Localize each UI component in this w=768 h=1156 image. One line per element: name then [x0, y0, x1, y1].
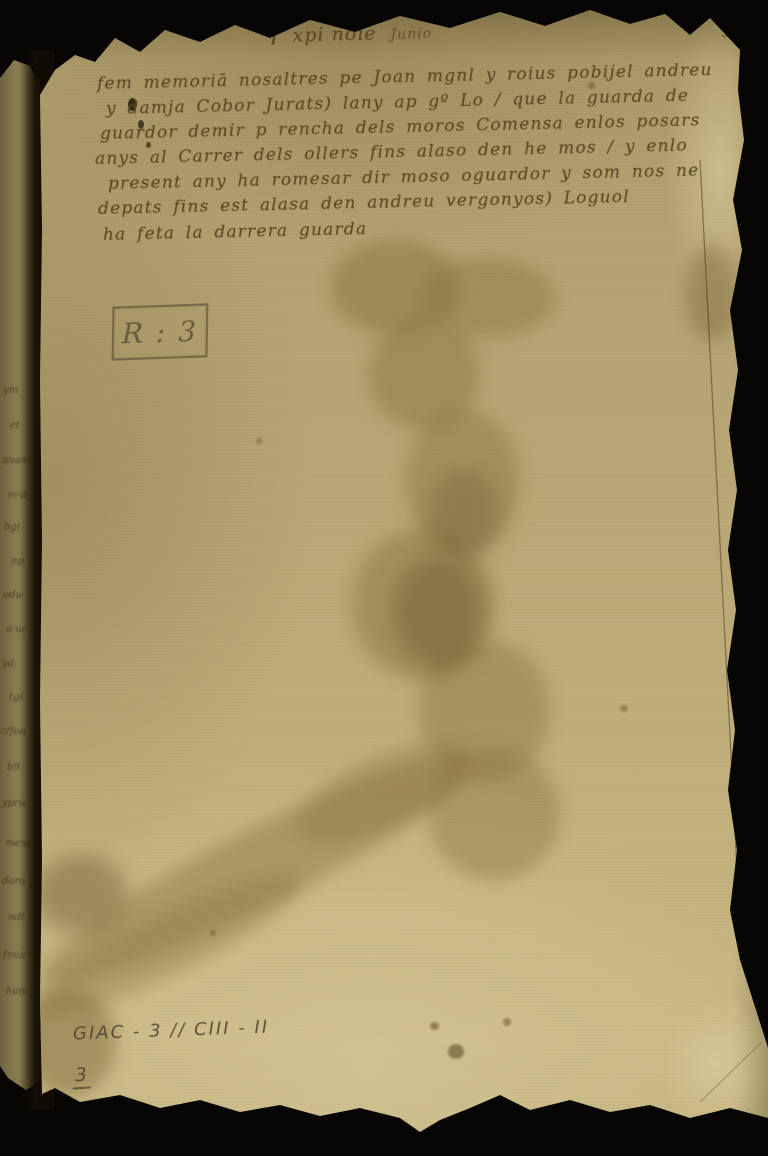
- manuscript-line: ha feta la darrera guarda: [103, 219, 368, 245]
- register-number-label: R : 3: [122, 314, 199, 350]
- foxing-spot: [430, 1022, 439, 1030]
- register-number-box: R : 3: [112, 303, 209, 360]
- adjacent-text-fragment: ym: [3, 385, 19, 397]
- adjacent-text-fragment: et: [10, 420, 20, 431]
- adjacent-text-fragment: bgi: [4, 522, 20, 534]
- cross-icon: †: [268, 18, 283, 49]
- foxing-spot: [620, 705, 628, 712]
- manuscript-photo: ym et quam m·d bgi np odu a·uc ya. tgi c…: [0, 0, 768, 1156]
- manuscript-page: †xpi noĩeJunio 3 fem memoriā nosaltres p…: [0, 0, 768, 1156]
- foxing-spot: [503, 1018, 511, 1026]
- foxing-spot: [448, 1044, 464, 1059]
- edge-stain-right: [686, 245, 738, 341]
- folio-number: 3: [722, 26, 730, 41]
- invocation-text: xpi noĩe: [292, 22, 377, 46]
- invocation-header: †xpi noĩeJunio: [268, 14, 433, 49]
- archive-sheet-number: 3: [71, 1063, 91, 1089]
- corner-highlight: [660, 1000, 768, 1130]
- month-note: Junio: [390, 26, 432, 43]
- foxing-spot: [256, 438, 262, 444]
- adjacent-text-fragment: ya.: [2, 658, 17, 670]
- foxing-spot: [210, 930, 216, 936]
